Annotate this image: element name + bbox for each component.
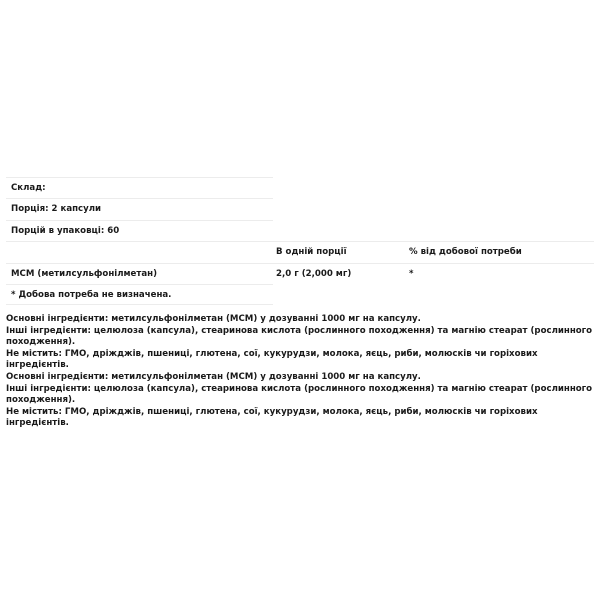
- footnote-row: * Добова потреба не визначена.: [6, 284, 273, 305]
- does-not-contain-text: Не містить: ГМО, дріжджів, пшениці, глют…: [6, 407, 596, 430]
- other-ingredients-text: Інші інгредієнти: целюлоза (капсула), ст…: [6, 384, 596, 407]
- composition-label: Склад:: [11, 183, 46, 193]
- supplement-facts-table: Склад: Порція: 2 капсули Порцій в упаков…: [6, 177, 594, 305]
- column-header-amount: В одній порції: [276, 247, 347, 257]
- table-header-row: В одній порції % від добової потреби: [6, 241, 594, 262]
- ingredients-description-duplicate: Основні інгредієнти: метилсульфонілметан…: [6, 372, 596, 430]
- main-ingredients-text: Основні інгредієнти: метилсульфонілметан…: [6, 372, 596, 384]
- serving-size: Порція: 2 капсули: [11, 204, 101, 214]
- servings-per-container: Порцій в упаковці: 60: [11, 226, 119, 236]
- column-header-daily-value: % від добової потреби: [409, 247, 522, 257]
- table-row: МСМ (метилсульфонілметан) 2,0 г (2,000 м…: [6, 263, 594, 284]
- does-not-contain-text: Не містить: ГМО, дріжджів, пшениці, глют…: [6, 349, 596, 372]
- ingredients-description: Основні інгредієнти: метилсульфонілметан…: [6, 314, 596, 372]
- ingredient-name: МСМ (метилсульфонілметан): [11, 269, 157, 279]
- footnote: * Добова потреба не визначена.: [11, 290, 171, 300]
- servings-per-container-row: Порцій в упаковці: 60: [6, 220, 273, 241]
- composition-row: Склад:: [6, 177, 273, 198]
- serving-size-row: Порція: 2 капсули: [6, 198, 273, 219]
- ingredient-daily-value: *: [409, 269, 414, 279]
- ingredient-amount: 2,0 г (2,000 мг): [276, 269, 351, 279]
- main-ingredients-text: Основні інгредієнти: метилсульфонілметан…: [6, 314, 596, 326]
- other-ingredients-text: Інші інгредієнти: целюлоза (капсула), ст…: [6, 326, 596, 349]
